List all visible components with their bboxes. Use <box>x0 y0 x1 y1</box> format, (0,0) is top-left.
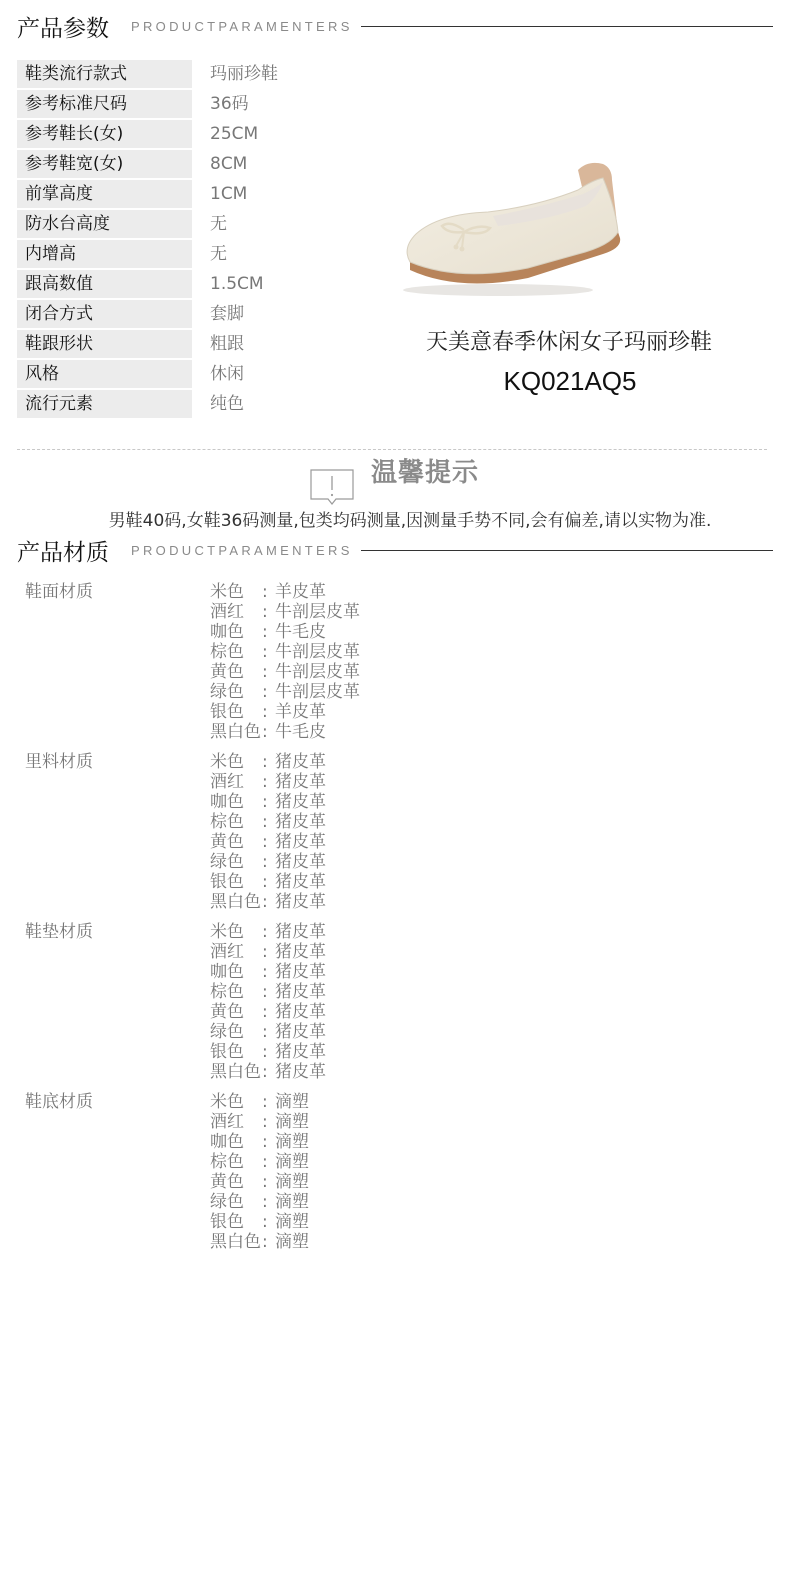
material-value: 牛剖层皮革 <box>275 642 360 662</box>
material-color: 黄色 <box>210 832 262 852</box>
material-color: 米色 <box>210 752 262 772</box>
material-color: 绿色 <box>210 682 262 702</box>
material-value: 滴塑 <box>275 1132 309 1152</box>
material-color: 酒红 <box>210 1112 262 1132</box>
material-items: 米色:猪皮革 酒红:猪皮革 咖色:猪皮革 棕色:猪皮革 黄色:猪皮革 绿色:猪皮… <box>210 922 326 1082</box>
material-group: 鞋面材质 米色:羊皮革 酒红:牛剖层皮革 咖色:牛毛皮 棕色:牛剖层皮革 黄色:… <box>25 582 525 742</box>
param-row: 内增高无 <box>17 240 377 268</box>
material-value: 滴塑 <box>275 1232 309 1252</box>
section-rule <box>361 26 773 27</box>
param-key: 参考鞋长(女) <box>17 120 192 148</box>
material-items: 米色:羊皮革 酒红:牛剖层皮革 咖色:牛毛皮 棕色:牛剖层皮革 黄色:牛剖层皮革… <box>210 582 360 742</box>
separator: : <box>262 942 275 962</box>
separator: : <box>262 602 275 622</box>
material-color: 银色 <box>210 1212 262 1232</box>
param-value: 玛丽珍鞋 <box>210 60 278 88</box>
material-color: 黑白色 <box>210 892 262 912</box>
material-value: 猪皮革 <box>275 832 326 852</box>
material-item: 咖色:猪皮革 <box>210 962 326 982</box>
material-item: 米色:猪皮革 <box>210 922 326 942</box>
separator: : <box>262 1192 275 1212</box>
material-item: 棕色:滴塑 <box>210 1152 309 1172</box>
material-color: 酒红 <box>210 772 262 792</box>
material-value: 牛毛皮 <box>275 622 326 642</box>
product-image <box>398 150 628 300</box>
material-label: 鞋垫材质 <box>25 922 210 1082</box>
separator: : <box>262 832 275 852</box>
exclamation-speech-bubble-icon <box>308 468 356 506</box>
param-row: 风格休闲 <box>17 360 377 388</box>
param-value: 36码 <box>210 90 249 118</box>
separator: : <box>262 922 275 942</box>
separator: : <box>262 1152 275 1172</box>
separator: : <box>262 1042 275 1062</box>
material-group: 里料材质 米色:猪皮革 酒红:猪皮革 咖色:猪皮革 棕色:猪皮革 黄色:猪皮革 … <box>25 752 525 912</box>
material-item: 黑白色:猪皮革 <box>210 892 326 912</box>
separator: : <box>262 642 275 662</box>
material-color: 棕色 <box>210 1152 262 1172</box>
material-value: 滴塑 <box>275 1152 309 1172</box>
section-header-materials: 产品材质 PRODUCTPARAMENTERS <box>17 534 773 566</box>
param-value: 套脚 <box>210 300 244 328</box>
separator: : <box>262 682 275 702</box>
material-item: 米色:猪皮革 <box>210 752 326 772</box>
material-value: 猪皮革 <box>275 1042 326 1062</box>
material-value: 滴塑 <box>275 1092 309 1112</box>
param-key: 防水台高度 <box>17 210 192 238</box>
material-color: 银色 <box>210 1042 262 1062</box>
material-item: 绿色:猪皮革 <box>210 852 326 872</box>
param-value: 1CM <box>210 180 247 208</box>
material-value: 牛剖层皮革 <box>275 662 360 682</box>
material-color: 黑白色 <box>210 1062 262 1082</box>
separator: : <box>262 962 275 982</box>
material-value: 滴塑 <box>275 1212 309 1232</box>
material-item: 咖色:滴塑 <box>210 1132 309 1152</box>
section-title: 产品参数 <box>17 10 109 43</box>
material-item: 酒红:滴塑 <box>210 1112 309 1132</box>
material-value: 猪皮革 <box>275 1062 326 1082</box>
material-value: 滴塑 <box>275 1192 309 1212</box>
material-value: 猪皮革 <box>275 1002 326 1022</box>
material-item: 黑白色:滴塑 <box>210 1232 309 1252</box>
material-color: 黄色 <box>210 662 262 682</box>
section-title: 产品材质 <box>17 534 109 567</box>
material-item: 银色:猪皮革 <box>210 1042 326 1062</box>
param-key: 闭合方式 <box>17 300 192 328</box>
param-key: 跟高数值 <box>17 270 192 298</box>
material-value: 猪皮革 <box>275 982 326 1002</box>
param-key: 内增高 <box>17 240 192 268</box>
material-color: 棕色 <box>210 982 262 1002</box>
material-item: 绿色:牛剖层皮革 <box>210 682 360 702</box>
material-item: 酒红:猪皮革 <box>210 772 326 792</box>
material-group: 鞋垫材质 米色:猪皮革 酒红:猪皮革 咖色:猪皮革 棕色:猪皮革 黄色:猪皮革 … <box>25 922 525 1082</box>
material-value: 牛毛皮 <box>275 722 326 742</box>
section-subtitle: PRODUCTPARAMENTERS <box>131 19 353 34</box>
separator: : <box>262 1212 275 1232</box>
material-color: 棕色 <box>210 642 262 662</box>
material-color: 咖色 <box>210 792 262 812</box>
material-color: 银色 <box>210 872 262 892</box>
separator: : <box>262 752 275 772</box>
params-table: 鞋类流行款式玛丽珍鞋 参考标准尺码36码 参考鞋长(女)25CM 参考鞋宽(女)… <box>17 60 377 420</box>
param-key: 流行元素 <box>17 390 192 418</box>
material-value: 猪皮革 <box>275 922 326 942</box>
param-key: 鞋跟形状 <box>17 330 192 358</box>
material-item: 棕色:猪皮革 <box>210 812 326 832</box>
material-color: 酒红 <box>210 942 262 962</box>
param-value: 无 <box>210 210 227 238</box>
separator: : <box>262 1022 275 1042</box>
param-row: 鞋类流行款式玛丽珍鞋 <box>17 60 377 88</box>
dashed-divider <box>17 449 767 450</box>
param-row: 流行元素纯色 <box>17 390 377 418</box>
shoe-icon <box>398 150 628 300</box>
material-item: 棕色:牛剖层皮革 <box>210 642 360 662</box>
material-color: 绿色 <box>210 1022 262 1042</box>
param-key: 参考鞋宽(女) <box>17 150 192 178</box>
section-subtitle: PRODUCTPARAMENTERS <box>131 543 353 558</box>
material-value: 猪皮革 <box>275 752 326 772</box>
material-color: 咖色 <box>210 1132 262 1152</box>
param-row: 参考标准尺码36码 <box>17 90 377 118</box>
product-card: 天美意春季休闲女子玛丽珍鞋 KQ021AQ5 <box>390 150 750 300</box>
param-value: 休闲 <box>210 360 244 388</box>
material-color: 米色 <box>210 1092 262 1112</box>
material-value: 猪皮革 <box>275 792 326 812</box>
material-value: 牛剖层皮革 <box>275 602 360 622</box>
material-color: 米色 <box>210 582 262 602</box>
param-row: 参考鞋长(女)25CM <box>17 120 377 148</box>
param-key: 风格 <box>17 360 192 388</box>
material-item: 银色:羊皮革 <box>210 702 360 722</box>
separator: : <box>262 982 275 1002</box>
material-value: 猪皮革 <box>275 852 326 872</box>
material-color: 绿色 <box>210 852 262 872</box>
material-color: 米色 <box>210 922 262 942</box>
param-key: 鞋类流行款式 <box>17 60 192 88</box>
separator: : <box>262 662 275 682</box>
separator: : <box>262 1092 275 1112</box>
material-label: 鞋底材质 <box>25 1092 210 1252</box>
separator: : <box>262 872 275 892</box>
material-item: 酒红:牛剖层皮革 <box>210 602 360 622</box>
param-row: 闭合方式套脚 <box>17 300 377 328</box>
material-value: 猪皮革 <box>275 942 326 962</box>
material-item: 绿色:猪皮革 <box>210 1022 326 1042</box>
section-header-params: 产品参数 PRODUCTPARAMENTERS <box>17 10 773 42</box>
material-item: 绿色:滴塑 <box>210 1192 309 1212</box>
tip-title: 温馨提示 <box>371 452 479 489</box>
separator: : <box>262 1112 275 1132</box>
material-value: 羊皮革 <box>275 582 326 602</box>
param-value: 25CM <box>210 120 258 148</box>
product-code: KQ021AQ5 <box>390 366 750 397</box>
material-item: 黑白色:牛毛皮 <box>210 722 360 742</box>
param-value: 粗跟 <box>210 330 244 358</box>
material-value: 滴塑 <box>275 1172 309 1192</box>
material-item: 黄色:牛剖层皮革 <box>210 662 360 682</box>
separator: : <box>262 892 275 912</box>
param-key: 参考标准尺码 <box>17 90 192 118</box>
param-row: 防水台高度无 <box>17 210 377 238</box>
param-row: 跟高数值1.5CM <box>17 270 377 298</box>
material-group: 鞋底材质 米色:滴塑 酒红:滴塑 咖色:滴塑 棕色:滴塑 黄色:滴塑 绿色:滴塑… <box>25 1092 525 1252</box>
param-row: 参考鞋宽(女)8CM <box>17 150 377 178</box>
separator: : <box>262 792 275 812</box>
material-label: 鞋面材质 <box>25 582 210 742</box>
material-item: 黑白色:猪皮革 <box>210 1062 326 1082</box>
material-color: 绿色 <box>210 1192 262 1212</box>
material-value: 猪皮革 <box>275 872 326 892</box>
separator: : <box>262 1132 275 1152</box>
param-value: 无 <box>210 240 227 268</box>
separator: : <box>262 722 275 742</box>
separator: : <box>262 1062 275 1082</box>
material-value: 猪皮革 <box>275 962 326 982</box>
material-label: 里料材质 <box>25 752 210 912</box>
param-value: 1.5CM <box>210 270 264 298</box>
material-item: 黄色:猪皮革 <box>210 832 326 852</box>
separator: : <box>262 1172 275 1192</box>
material-item: 酒红:猪皮革 <box>210 942 326 962</box>
param-value: 8CM <box>210 150 247 178</box>
material-color: 黑白色 <box>210 722 262 742</box>
material-item: 棕色:猪皮革 <box>210 982 326 1002</box>
separator: : <box>262 772 275 792</box>
section-rule <box>361 550 773 551</box>
material-color: 黄色 <box>210 1172 262 1192</box>
material-color: 咖色 <box>210 962 262 982</box>
param-value: 纯色 <box>210 390 244 418</box>
material-item: 银色:猪皮革 <box>210 872 326 892</box>
materials-list: 鞋面材质 米色:羊皮革 酒红:牛剖层皮革 咖色:牛毛皮 棕色:牛剖层皮革 黄色:… <box>25 582 525 1262</box>
material-color: 咖色 <box>210 622 262 642</box>
material-item: 黄色:滴塑 <box>210 1172 309 1192</box>
param-row: 前掌高度1CM <box>17 180 377 208</box>
material-color: 银色 <box>210 702 262 722</box>
material-value: 羊皮革 <box>275 702 326 722</box>
material-color: 酒红 <box>210 602 262 622</box>
material-value: 猪皮革 <box>275 812 326 832</box>
separator: : <box>262 702 275 722</box>
material-items: 米色:猪皮革 酒红:猪皮革 咖色:猪皮革 棕色:猪皮革 黄色:猪皮革 绿色:猪皮… <box>210 752 326 912</box>
material-item: 米色:滴塑 <box>210 1092 309 1112</box>
material-item: 黄色:猪皮革 <box>210 1002 326 1022</box>
product-name: 天美意春季休闲女子玛丽珍鞋 <box>389 325 749 356</box>
material-value: 牛剖层皮革 <box>275 682 360 702</box>
material-item: 银色:滴塑 <box>210 1212 309 1232</box>
material-item: 咖色:牛毛皮 <box>210 622 360 642</box>
material-color: 黄色 <box>210 1002 262 1022</box>
material-items: 米色:滴塑 酒红:滴塑 咖色:滴塑 棕色:滴塑 黄色:滴塑 绿色:滴塑 银色:滴… <box>210 1092 309 1252</box>
material-value: 猪皮革 <box>275 892 326 912</box>
material-value: 猪皮革 <box>275 1022 326 1042</box>
material-item: 米色:羊皮革 <box>210 582 360 602</box>
material-item: 咖色:猪皮革 <box>210 792 326 812</box>
separator: : <box>262 1232 275 1252</box>
material-value: 滴塑 <box>275 1112 309 1132</box>
material-color: 黑白色 <box>210 1232 262 1252</box>
param-row: 鞋跟形状粗跟 <box>17 330 377 358</box>
material-value: 猪皮革 <box>275 772 326 792</box>
separator: : <box>262 1002 275 1022</box>
material-color: 棕色 <box>210 812 262 832</box>
separator: : <box>262 582 275 602</box>
param-key: 前掌高度 <box>17 180 192 208</box>
separator: : <box>262 622 275 642</box>
separator: : <box>262 852 275 872</box>
tip-text: 男鞋40码,女鞋36码测量,包类均码测量,因测量手势不同,会有偏差,请以实物为准… <box>0 506 790 531</box>
separator: : <box>262 812 275 832</box>
